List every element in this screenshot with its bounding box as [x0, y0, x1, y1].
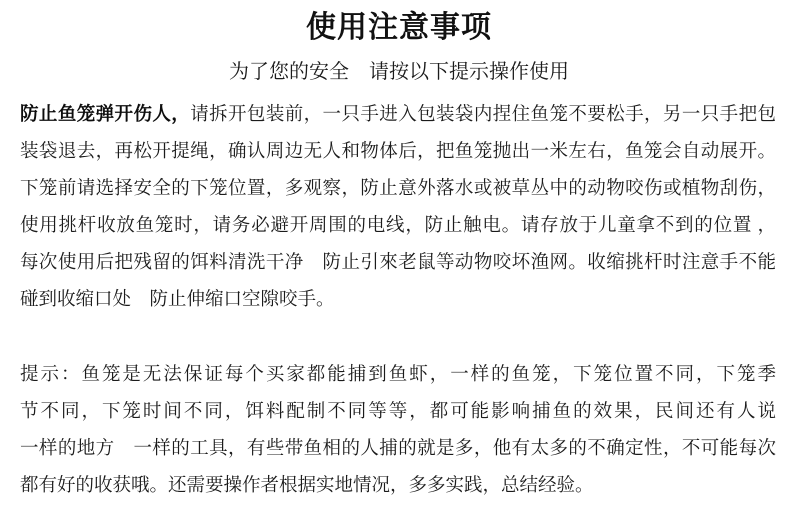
document-page: 使用注意事项 为了您的安全 请按以下提示操作使用 防止鱼笼弹开伤人，请拆开包装前… [0, 0, 796, 505]
text-line: 提示：鱼笼是无法保证每个买家都能捕到鱼虾，一样的鱼笼，下笼位置不同，下笼季 [20, 357, 776, 394]
text-line: 使用挑杆收放鱼笼时，请务必避开周围的电线，防止触电。请存放于儿童拿不到的位置 ， [20, 208, 776, 245]
text-line-content: 请拆开包装前，一只手进入包装袋内捏住鱼笼不要松手，另一只手把包 [190, 105, 776, 125]
text-line: 碰到收缩口处 防止伸缩口空隙咬手。 [20, 282, 776, 319]
text-line: 一样的地方 一样的工具，有些带鱼相的人捕的就是多，他有太多的不确定性，不可能每次 [20, 431, 776, 468]
paragraph-tip: 提示：鱼笼是无法保证每个买家都能捕到鱼虾，一样的鱼笼，下笼位置不同，下笼季 节不… [20, 357, 776, 505]
text-line: 下笼前请选择安全的下笼位置，多观察，防止意外落水或被草丛中的动物咬伤或植物刮伤， [20, 171, 776, 208]
page-subtitle: 为了您的安全 请按以下提示操作使用 [20, 58, 778, 86]
safety-warning-bold-lead: 防止鱼笼弹开伤人， [20, 105, 190, 125]
page-title: 使用注意事项 [20, 6, 778, 50]
text-line: 装袋退去，再松开提绳，确认周边无人和物体后，把鱼笼抛出一米左右，鱼笼会自动展开。 [20, 134, 776, 171]
text-line: 都有好的收获哦。还需要操作者根据实地情况，多多实践，总结经验。 [20, 468, 776, 505]
text-line: 每次使用后把残留的饵料清洗干净 防止引來老鼠等动物咬坏渔网。收缩挑杆时注意手不能 [20, 245, 776, 282]
text-line: 节不同，下笼时间不同，饵料配制不同等等，都可能影响捕鱼的效果，民间还有人说 [20, 394, 776, 431]
text-line: 防止鱼笼弹开伤人，请拆开包装前，一只手进入包装袋内捏住鱼笼不要松手，另一只手把包 [20, 97, 776, 134]
paragraph-safety: 防止鱼笼弹开伤人，请拆开包装前，一只手进入包装袋内捏住鱼笼不要松手，另一只手把包… [20, 97, 776, 319]
